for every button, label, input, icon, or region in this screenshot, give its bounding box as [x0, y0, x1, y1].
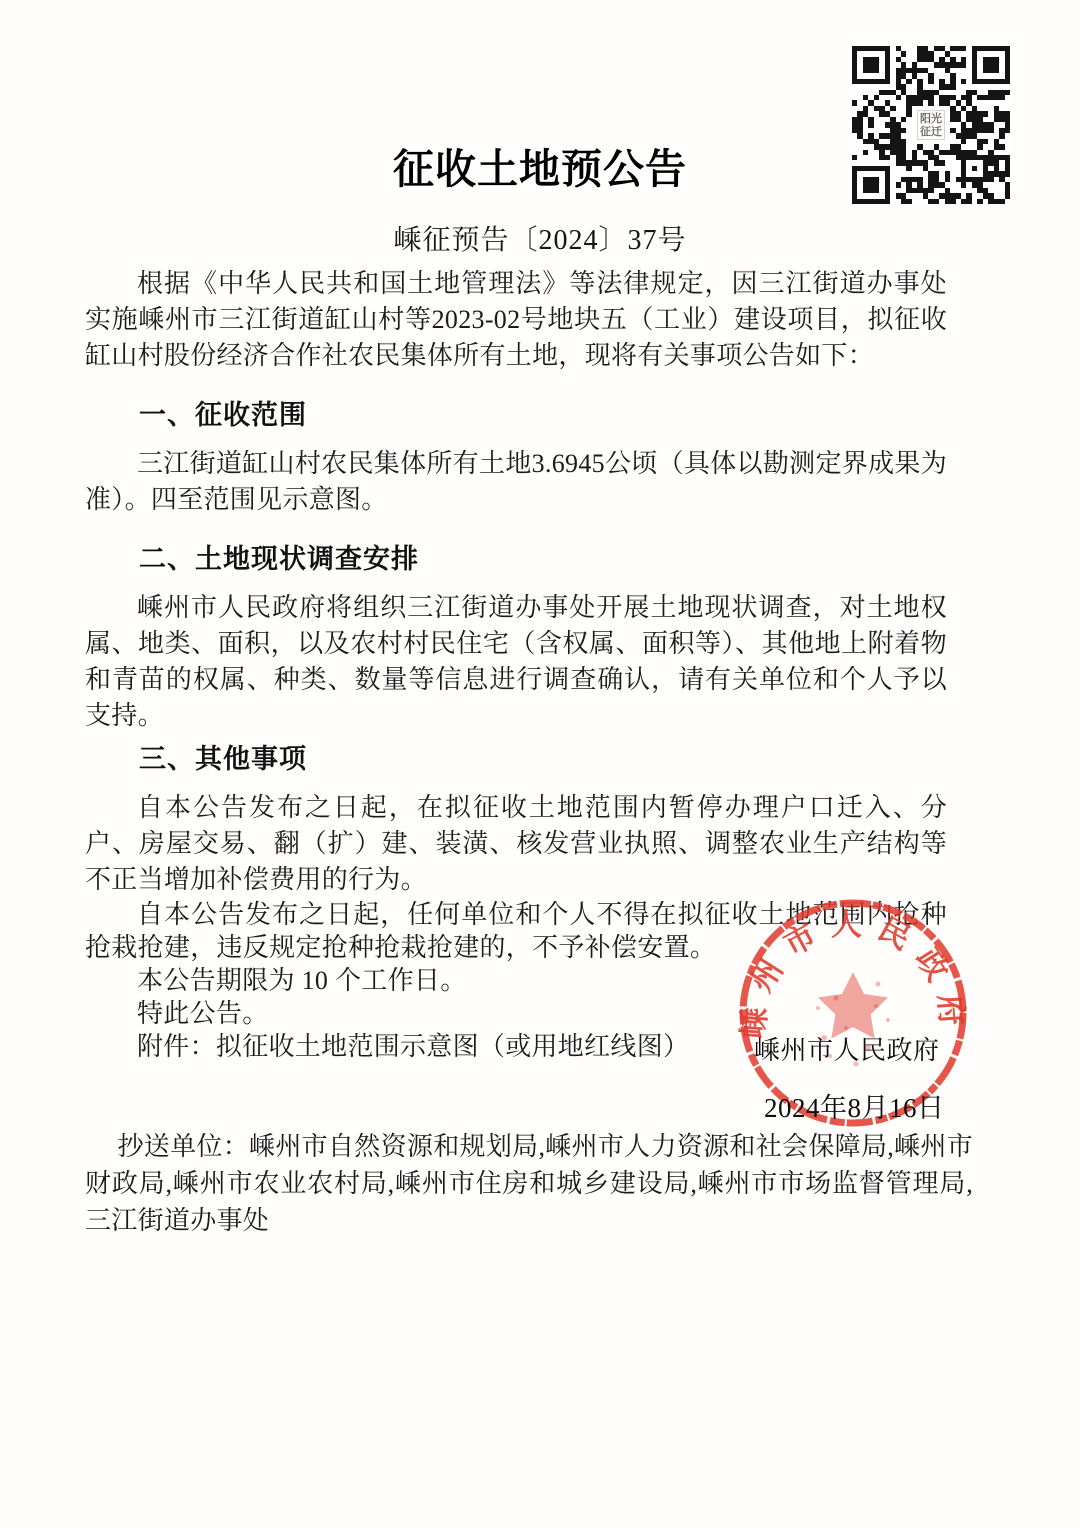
issuer-name: 嵊州市人民政府 [754, 1030, 940, 1067]
intro-paragraph: 根据《中华人民共和国土地管理法》等法律规定，因三江街道办事处实施嵊州市三江街道缸… [85, 266, 947, 374]
notice-period-line: 本公告期限为 10 个工作日。 [85, 964, 947, 997]
section-2-heading: 二、土地现状调查安排 [85, 544, 947, 576]
issue-date: 2024年8月16日 [764, 1086, 945, 1125]
section-3-paragraph-1: 自本公告发布之日起，在拟征收土地范围内暂停办理户口迁入、分户、房屋交易、翻（扩）… [85, 790, 947, 898]
document-body: 根据《中华人民共和国土地管理法》等法律规定，因三江街道办事处实施嵊州市三江街道缸… [85, 266, 947, 1063]
hereby-announced-line: 特此公告。 [85, 997, 947, 1030]
section-3-paragraph-2: 自本公告发布之日起，任何单位和个人不得在拟征收土地范围内抢种抢栽抢建，违反规定抢… [85, 898, 947, 964]
section-2-paragraph: 嵊州市人民政府将组织三江街道办事处开展土地现状调查，对土地权属、地类、面积，以及… [85, 590, 947, 734]
scanned-announcement-page: 阳光 征迁 征收土地预公告 嵊征预告〔2024〕37号 根据《中华人民共和国土地… [0, 0, 1080, 1528]
cc-list: 抄送单位：嵊州市自然资源和规划局,嵊州市人力资源和社会保障局,嵊州市财政局,嵊州… [85, 1128, 973, 1239]
section-1-heading: 一、征收范围 [85, 400, 947, 432]
section-3-heading: 三、其他事项 [85, 744, 947, 776]
document-title: 征收土地预公告 [0, 136, 1080, 195]
section-1-paragraph: 三江街道缸山村农民集体所有土地3.6945公顷（具体以勘测定界成果为准）。四至范… [85, 446, 947, 518]
document-number: 嵊征预告〔2024〕37号 [0, 218, 1080, 258]
qr-label-line1: 阳光 [920, 112, 942, 125]
